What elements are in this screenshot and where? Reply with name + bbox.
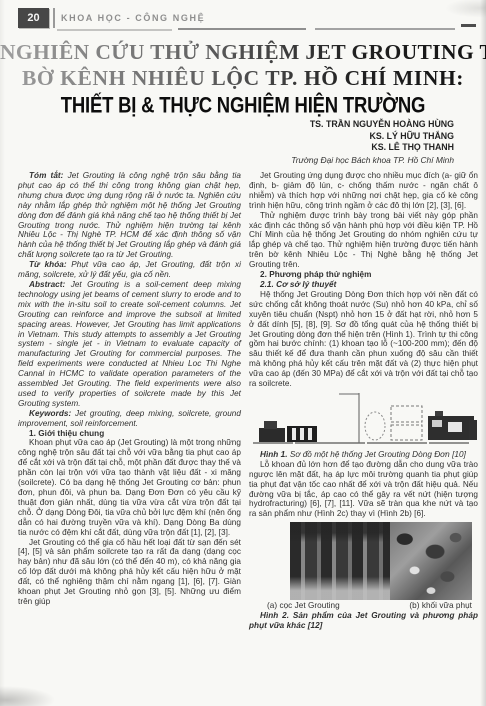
figure2-label-a: (a) cọc Jet Grouting: [267, 601, 340, 611]
photo-jet-grouting-columns: [290, 522, 390, 600]
section-heading-2: 2. Phương pháp thử nghiệm: [249, 270, 478, 280]
figure1-caption: Hình 1. Sơ đồ một hệ thống Jet Grouting …: [249, 450, 478, 460]
figure1-number: Hình 1.: [260, 450, 288, 459]
body-paragraph: Thử nghiệm được trình bày trong bài viết…: [249, 211, 478, 270]
keywords-en-label: Keywords:: [29, 409, 71, 418]
subsection-heading-2-1: 2.1. Cơ sở lý thuyết: [249, 280, 478, 290]
body-paragraph: Khoan phụt vữa cao áp (Jet Grouting) là …: [18, 438, 241, 537]
scanned-paper-page: 20 KHOA HỌC - CÔNG NGHỆ NGHIÊN CỨU THỬ N…: [0, 0, 486, 706]
article-title-line2: BỜ KÊNH NHIÊU LỘC TP. HỒ CHÍ MINH:: [0, 66, 486, 91]
authors-block: TS. TRẦN NGUYỄN HOÀNG HÙNG KS. LÝ HỮU TH…: [291, 119, 454, 166]
page-number-badge: 20: [18, 8, 49, 28]
jet-grouting-system-diagram-icon: [251, 392, 477, 450]
abstract-en-paragraph: Abstract: Jet Grouting is a soil-cement …: [18, 280, 241, 409]
article-title-line1: NGHIÊN CỨU THỬ NGHIỆM JET GROUTING TẠI: [0, 40, 486, 65]
figure2-photo: [290, 522, 472, 600]
author-name: TS. TRẦN NGUYỄN HOÀNG HÙNG: [291, 119, 454, 131]
article-title-line3: THIẾT BỊ & THỰC NGHIỆM HIỆN TRƯỜNG: [0, 92, 486, 119]
body-paragraph: Hệ thống Jet Grouting Dòng Đơn thích hợp…: [249, 290, 478, 389]
body-paragraph: Jet Grouting ứng dụng được cho nhiều mục…: [249, 171, 478, 211]
figure1-schematic: Hình 1. Sơ đồ một hệ thống Jet Grouting …: [249, 392, 478, 460]
right-column: Jet Grouting ứng dụng được cho nhiều mục…: [249, 171, 478, 631]
author-name: KS. LÊ THỌ THANH: [291, 142, 454, 154]
header-rule-segment: [315, 28, 455, 30]
header-divider: [53, 8, 55, 28]
section-heading-1: 1. Giới thiệu chung: [18, 429, 241, 439]
header-rule-dash: [461, 24, 476, 27]
header-rule-segment: [57, 29, 172, 31]
abstract-vi-paragraph: Tóm tắt: Jet Grouting là công nghệ trộn …: [18, 171, 241, 260]
figure1-caption-text: Sơ đồ một hệ thống Jet Grouting Dòng Đơn…: [288, 450, 466, 459]
figure2-caption: Hình 2. Sản phẩm của Jet Grouting và phư…: [249, 611, 478, 631]
abstract-vi-text: Jet Grouting là công nghệ trộn sâu bằng …: [18, 171, 241, 259]
keywords-vi-label: Từ khóa:: [29, 260, 67, 269]
figure2-sublabels: (a) cọc Jet Grouting (b) khối vữa phụt: [249, 601, 478, 611]
author-name: KS. LÝ HỮU THẮNG: [291, 131, 454, 143]
keywords-en-paragraph: Keywords: Jet grouting, deep mixing, soi…: [18, 409, 241, 429]
body-paragraph: Lỗ khoan đủ lớn hơn để tạo đường dẫn cho…: [249, 460, 478, 519]
figure2-number: Hình 2.: [260, 611, 289, 620]
header-rule-segment: [178, 28, 306, 30]
keywords-vi-paragraph: Từ khóa: Phụt vữa cao áp, Jet Grouting, …: [18, 260, 241, 280]
abstract-en-label: Abstract:: [29, 280, 65, 289]
figure2-label-b: (b) khối vữa phụt: [409, 601, 472, 611]
section-header: KHOA HỌC - CÔNG NGHỆ: [61, 13, 205, 23]
left-column: Tóm tắt: Jet Grouting là công nghệ trộn …: [18, 171, 241, 607]
abstract-en-text: Jet Grouting is a soil-cement deep mixin…: [18, 280, 241, 408]
body-paragraph: Jet Grouting có thể gia cố hầu hết loại …: [18, 538, 241, 607]
photo-grout-mass: [390, 522, 472, 600]
abstract-vi-label: Tóm tắt:: [29, 171, 63, 180]
author-affiliation: Trường Đại học Bách khoa TP. Hồ Chí Minh: [291, 155, 454, 167]
